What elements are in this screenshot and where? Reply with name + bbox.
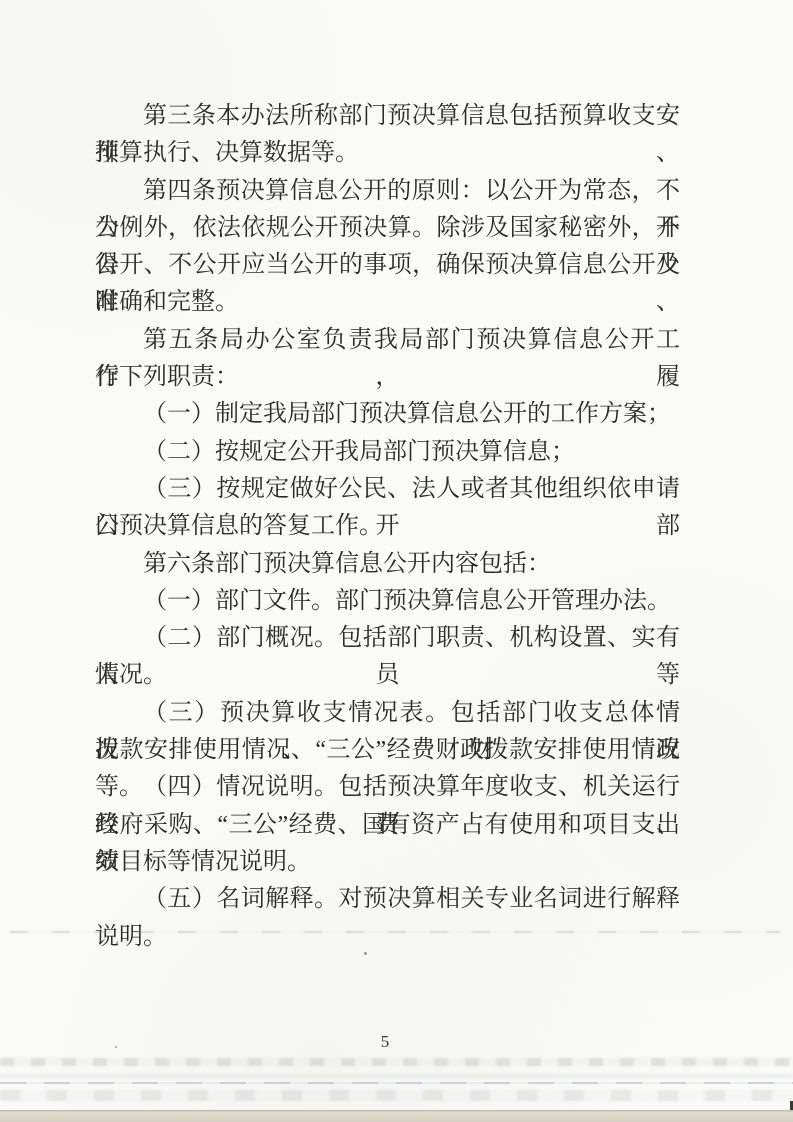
document-line: 政府采购、“三公”经费、国有资产占有使用和项目支出绩 [95, 807, 680, 844]
scan-streak-faint [0, 1074, 793, 1078]
document-line: （二）部门概况。包括部门职责、机构设置、实有人员等 [95, 620, 680, 657]
document-line: 第四条预决算信息公开的原则：以公开为常态，不公开 [95, 173, 680, 210]
page-number: 5 [345, 1032, 425, 1052]
document-line: 第三条本办法所称部门预决算信息包括预算收支安排、 [95, 98, 680, 135]
scan-streak-blue-line [0, 1082, 793, 1084]
document-line: 公开、不公开应当公开的事项，确保预决算信息公开及时、 [95, 247, 680, 284]
document-line: 效目标等情况说明。 [95, 844, 680, 881]
scan-streak-lower-band [0, 1090, 793, 1101]
document-line: 第五条局办公室负责我局部门预决算信息公开工作，履 [95, 322, 680, 359]
document-line: （四）情况说明。包括预决算年度收支、机关运行经费、 [95, 769, 680, 806]
scan-speckle [115, 1046, 117, 1048]
document-line: （一）部门文件。部门预决算信息公开管理办法。 [95, 583, 680, 620]
document-page: 第三条本办法所称部门预决算信息包括预算收支安排、预算执行、决算数据等。第四条预决… [0, 0, 793, 1122]
document-line: （三）预决算收支情况表。包括部门收支总体情况、财政 [95, 695, 680, 732]
document-body: 第三条本办法所称部门预决算信息包括预算收支安排、预算执行、决算数据等。第四条预决… [95, 98, 680, 919]
document-line: 第六条部门预决算信息公开内容包括： [95, 546, 680, 583]
document-line: 拨款安排使用情况、“三公”经费财政拨款安排使用情况等。 [95, 732, 680, 769]
document-line: （二）按规定公开我局部门预决算信息； [95, 434, 680, 471]
document-line: （三）按规定做好公民、法人或者其他组织依申请公开部 [95, 471, 680, 508]
scan-streak-band [0, 1058, 793, 1066]
document-line: （一）制定我局部门预决算信息公开的工作方案； [95, 396, 680, 433]
scan-speckle [364, 952, 367, 955]
document-line: 为例外，依法依规公开预决算。除涉及国家秘密外，不得少 [95, 210, 680, 247]
scanner-edge-strip [0, 1110, 793, 1122]
document-line: （五）名词解释。对预决算相关专业名词进行解释说明。 [95, 881, 680, 918]
